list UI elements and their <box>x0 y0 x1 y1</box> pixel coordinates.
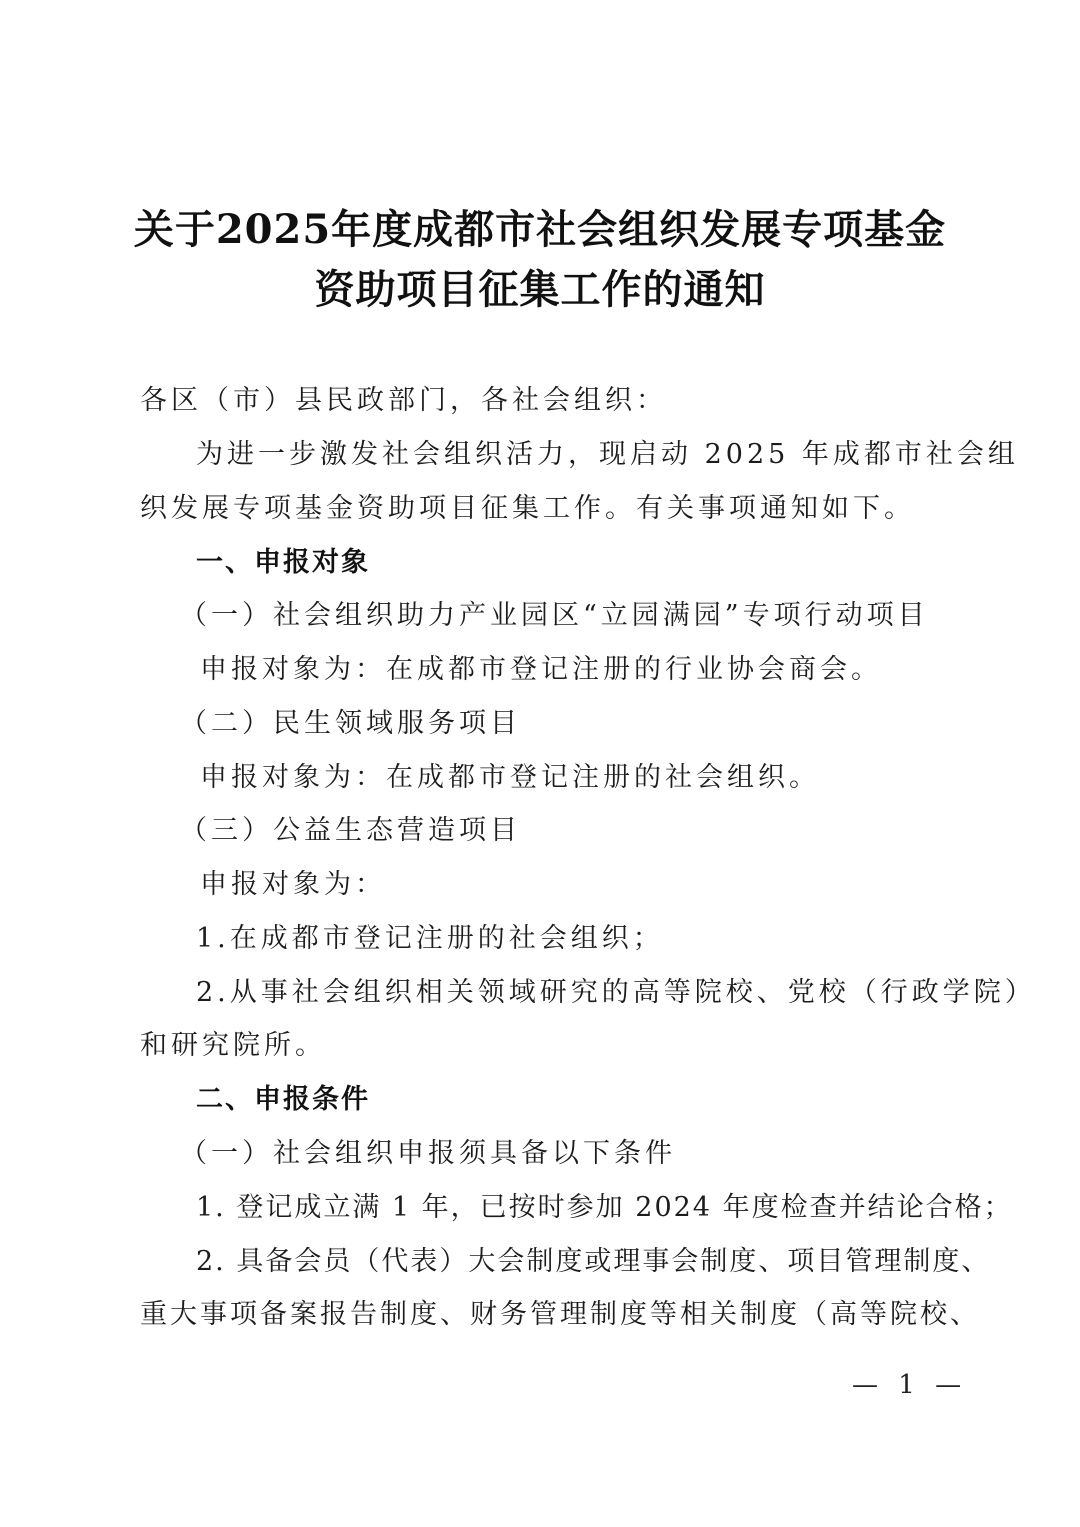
condition-1: 1. 登记成立满 1 年，已按时参加 2024 年度检查并结论合格； <box>196 1185 1013 1224</box>
condition-2-continued: 重大事项备案报告制度、财务管理制度等相关制度（高等院校、 <box>140 1292 980 1331</box>
conditions-subheading: （一）社会组织申报须具备以下条件 <box>180 1131 676 1170</box>
list-item-1: 1.在成都市登记注册的社会组织； <box>196 916 664 955</box>
intro-paragraph-line-1: 为进一步激发社会组织活力，现启动 2025 年成都市社会组 <box>196 432 1019 471</box>
subsection-text-1: 申报对象为：在成都市登记注册的行业协会商会。 <box>200 647 882 686</box>
intro-paragraph-line-2: 织发展专项基金资助项目征集工作。有关事项通知如下。 <box>140 486 915 525</box>
document-title-line-2: 资助项目征集工作的通知 <box>0 258 1080 315</box>
list-item-2: 2.从事社会组织相关领域研究的高等院校、党校（行政学院） <box>196 970 1036 1009</box>
list-item-2-continued: 和研究院所。 <box>140 1023 326 1062</box>
subsection-heading-3: （三）公益生态营造项目 <box>180 808 521 847</box>
subsection-heading-1: （一）社会组织助力产业园区“立园满园”专项行动项目 <box>180 593 929 632</box>
condition-2: 2. 具备会员（代表）大会制度或理事会制度、项目管理制度、 <box>196 1239 990 1278</box>
section-heading-applicants: 一、申报对象 <box>196 540 370 579</box>
page-number: — 1 — <box>852 1370 967 1400</box>
salutation: 各区（市）县民政部门，各社会组织： <box>140 378 667 417</box>
subsection-text-3: 申报对象为： <box>200 862 386 901</box>
section-heading-conditions: 二、申报条件 <box>196 1077 370 1116</box>
document-title-line-1: 关于2025年度成都市社会组织发展专项基金 <box>0 198 1080 255</box>
subsection-heading-2: （二）民生领域服务项目 <box>180 701 521 740</box>
subsection-text-2: 申报对象为：在成都市登记注册的社会组织。 <box>200 755 820 794</box>
